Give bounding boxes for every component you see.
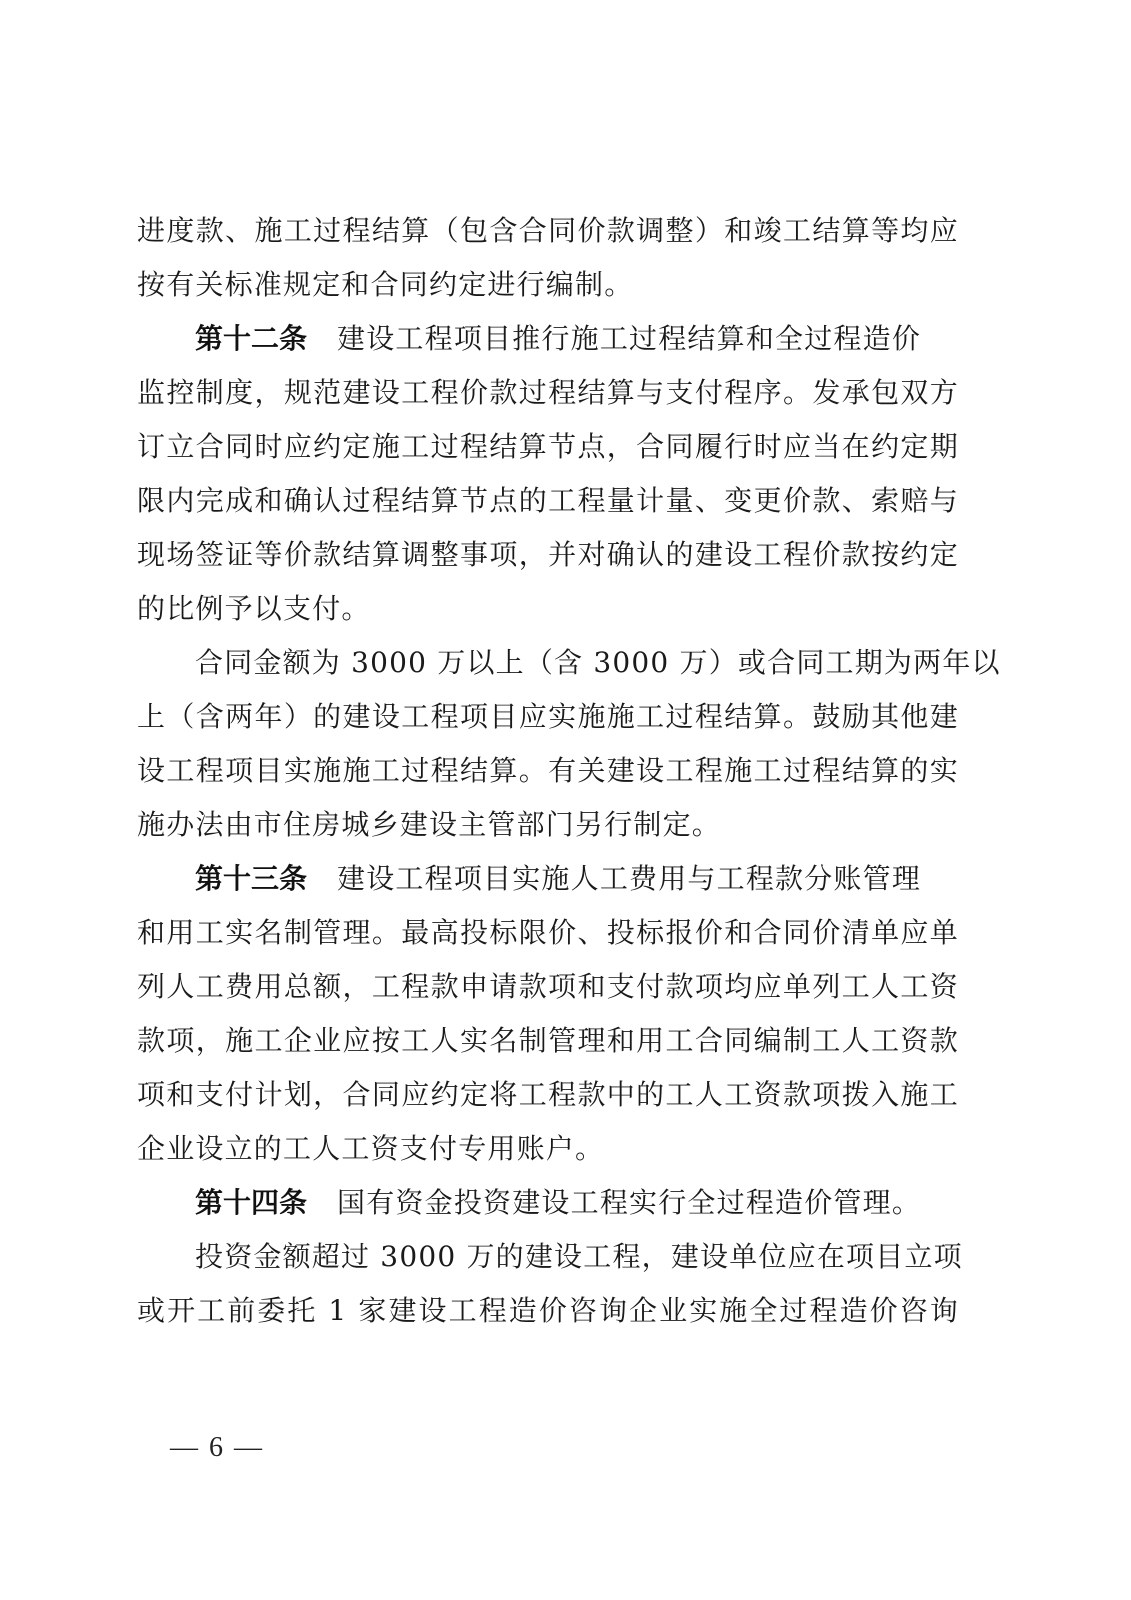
article-heading: 第十三条: [195, 862, 307, 895]
text-line: 施办法由市住房城乡建设主管部门另行制定。: [137, 802, 959, 856]
text-line: 现场签证等价款结算调整事项，并对确认的建设工程价款按约定: [137, 532, 959, 586]
text-line: 订立合同时应约定施工过程结算节点，合同履行时应当在约定期: [137, 424, 959, 478]
text-line: 或开工前委托 1 家建设工程造价咨询企业实施全过程造价咨询: [137, 1288, 959, 1342]
page-number: — 6 —: [170, 1432, 264, 1464]
text-line: 上（含两年）的建设工程项目应实施施工过程结算。鼓励其他建: [137, 694, 959, 748]
text-span: 国有资金投资建设工程实行全过程造价管理。: [337, 1186, 921, 1219]
article-first-line: 第十三条建设工程项目实施人工费用与工程款分账管理: [137, 856, 959, 910]
text-span: 建设工程项目实施人工费用与工程款分账管理: [337, 862, 921, 895]
text-line: 限内完成和确认过程结算节点的工程量计量、变更价款、索赔与: [137, 478, 959, 532]
text-span: 建设工程项目推行施工过程结算和全过程造价: [337, 322, 921, 355]
text-line: 设工程项目实施施工过程结算。有关建设工程施工过程结算的实: [137, 748, 959, 802]
document-body: 进度款、施工过程结算（包含合同价款调整）和竣工结算等均应 按有关标准规定和合同约…: [137, 208, 959, 1342]
text-line: 监控制度，规范建设工程价款过程结算与支付程序。发承包双方: [137, 370, 959, 424]
text-line: 项和支付计划，合同应约定将工程款中的工人工资款项拨入施工: [137, 1072, 959, 1126]
text-line: 企业设立的工人工资支付专用账户。: [137, 1126, 959, 1180]
text-line: 款项，施工企业应按工人实名制管理和用工合同编制工人工资款: [137, 1018, 959, 1072]
text-line: 合同金额为 3000 万以上（含 3000 万）或合同工期为两年以: [137, 640, 959, 694]
article-first-line: 第十二条建设工程项目推行施工过程结算和全过程造价: [137, 316, 959, 370]
text-line: 投资金额超过 3000 万的建设工程，建设单位应在项目立项: [137, 1234, 959, 1288]
article-heading: 第十二条: [195, 322, 307, 355]
text-line: 的比例予以支付。: [137, 586, 959, 640]
text-line: 进度款、施工过程结算（包含合同价款调整）和竣工结算等均应: [137, 208, 959, 262]
article-heading: 第十四条: [195, 1186, 307, 1219]
text-line: 和用工实名制管理。最高投标限价、投标报价和合同价清单应单: [137, 910, 959, 964]
document-page: 进度款、施工过程结算（包含合同价款调整）和竣工结算等均应 按有关标准规定和合同约…: [0, 0, 1131, 1600]
article-first-line: 第十四条国有资金投资建设工程实行全过程造价管理。: [137, 1180, 959, 1234]
text-line: 按有关标准规定和合同约定进行编制。: [137, 262, 959, 316]
text-line: 列人工费用总额，工程款申请款项和支付款项均应单列工人工资: [137, 964, 959, 1018]
